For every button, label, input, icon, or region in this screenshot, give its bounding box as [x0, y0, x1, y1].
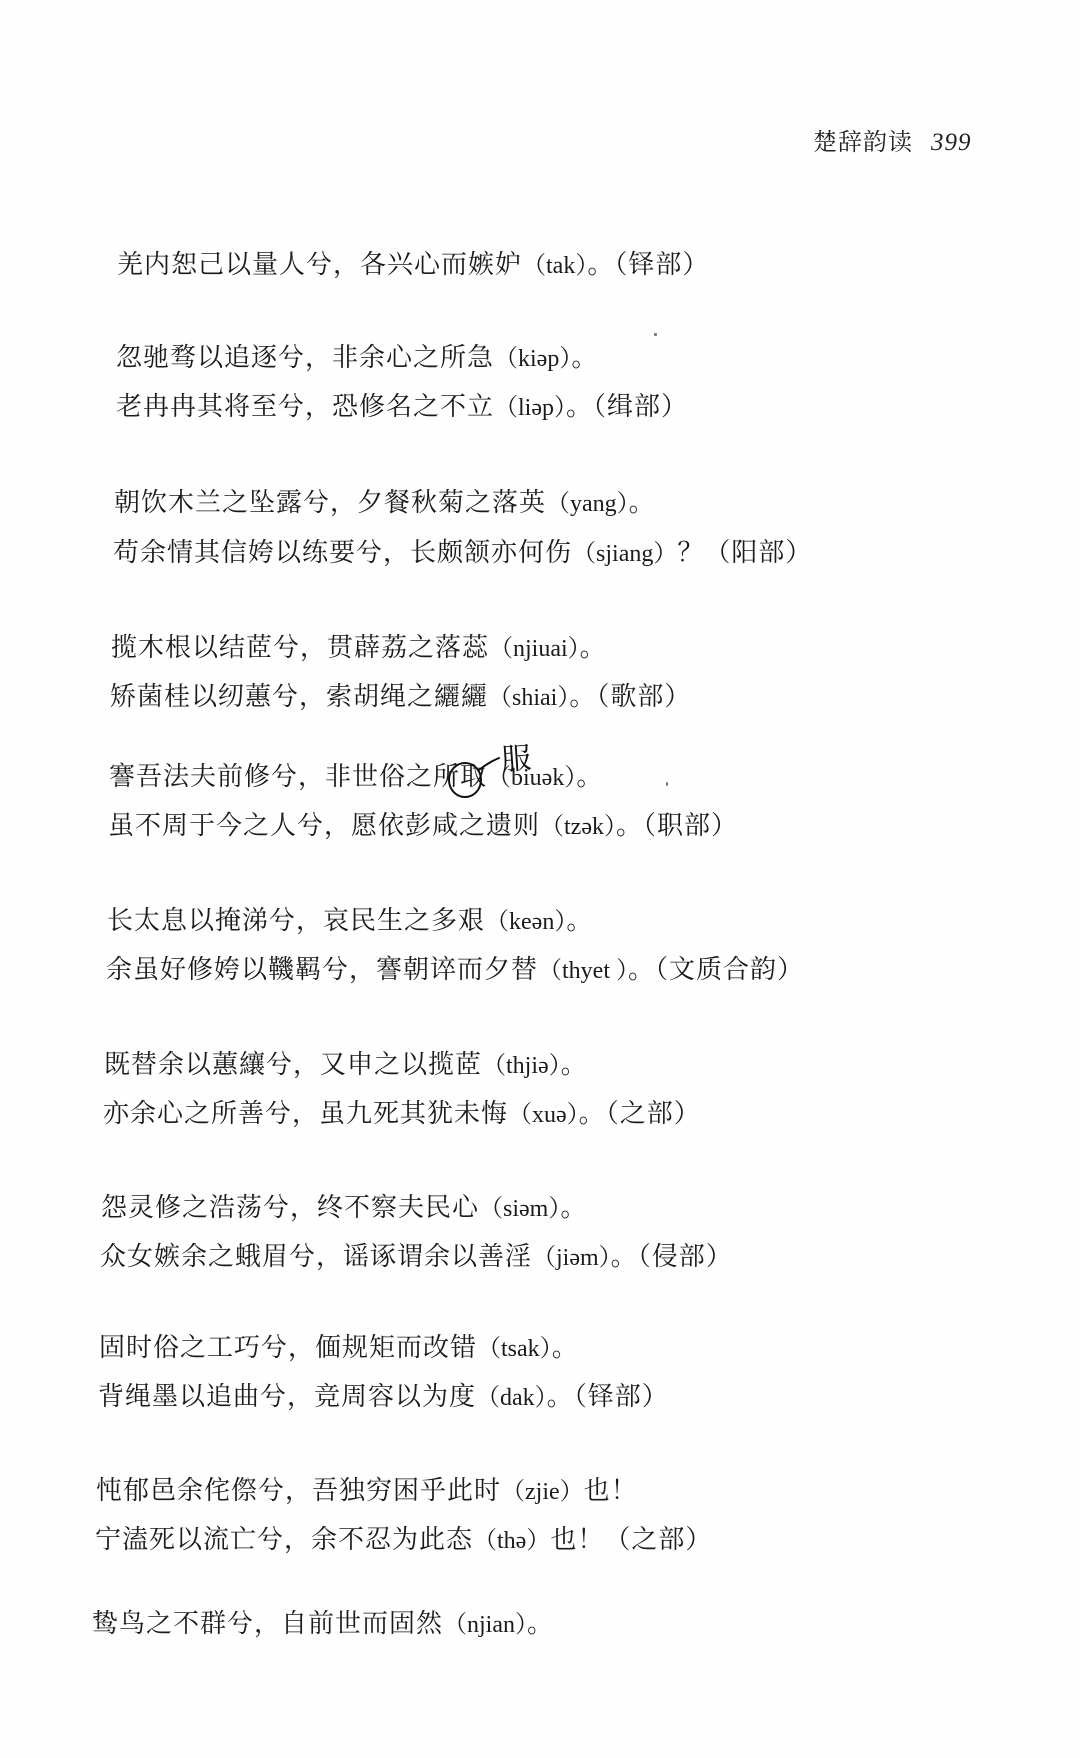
verse-text: 亦余心之所善兮，虽九死其犹未悔: [103, 1099, 508, 1129]
verse-text: 朝饮木兰之坠露兮，夕餐秋菊之落英: [114, 488, 546, 518]
line-end-punct: 。: [527, 1609, 554, 1639]
verse-line: 羌内恕己以量人兮，各兴心而嫉妒（tak）。（铎部）: [117, 249, 709, 282]
scan-speck: [666, 782, 668, 786]
rhyme-reading: （tak）: [522, 253, 587, 279]
rhyme-group: （侵部）: [638, 1242, 733, 1272]
verse-line: 虽不周于今之人兮，愿依彭咸之遗则（tzək）。（职部）: [108, 810, 738, 843]
line-end-punct: 。: [579, 1099, 606, 1129]
line-end-punct: ？: [677, 538, 704, 568]
rhyme-group: （铎部）: [574, 1382, 669, 1412]
rhyme-reading: （yang）: [546, 491, 629, 517]
line-end-punct: 。: [560, 1193, 587, 1223]
rhyme-reading: （njian）: [443, 1612, 527, 1638]
scan-speck: [654, 333, 657, 336]
verse-line: 固时俗之工巧兮，偭规矩而改错（tsak）。: [99, 1332, 579, 1365]
line-end-punct: 。: [561, 1050, 588, 1080]
rhyme-group: （阳部）: [704, 538, 812, 568]
rhyme-reading: （dak）: [476, 1385, 547, 1411]
rhyme-group: （缉部）: [593, 392, 688, 422]
rhyme-reading: （thyet ）: [538, 958, 628, 984]
rhyme-reading: （tzək）: [540, 814, 616, 840]
verse-text: 鸷鸟之不群兮，自前世而固然: [92, 1609, 443, 1639]
page-number: 399: [931, 129, 972, 156]
verse-line: 苟余情其信姱以练要兮，长颇颔亦何伤（sjiang）？（阳部）: [113, 537, 812, 570]
rhyme-reading: （shiai）: [488, 685, 569, 711]
rhyme-group: （歌部）: [596, 682, 691, 712]
line-end-punct: 。: [566, 906, 593, 936]
rhyme-group: （铎部）: [614, 250, 709, 280]
rhyme-reading: （njiuai）: [489, 636, 580, 662]
rhyme-reading: （kiəp）: [494, 346, 571, 372]
verse-text: 众女嫉余之蛾眉兮，谣诼谓余以善淫: [100, 1242, 532, 1272]
line-end-punct: 也！: [550, 1525, 604, 1555]
verse-line: 亦余心之所善兮，虽九死其犹未悔（xuə）。（之部）: [103, 1098, 701, 1131]
line-end-punct: 。: [587, 250, 614, 280]
verse-line: 长太息以掩涕兮，哀民生之多艰（keən）。: [107, 905, 593, 938]
verse-text: 羌内恕己以量人兮，各兴心而嫉妒: [117, 250, 522, 280]
verse-text: 长太息以掩涕兮，哀民生之多艰: [107, 906, 485, 936]
rhyme-group: （职部）: [643, 811, 738, 841]
line-end-punct: 也！: [584, 1476, 638, 1506]
line-end-punct: 。: [580, 633, 607, 663]
verse-line: 忳郁邑余侘傺兮，吾独穷困乎此时（zjie）也！: [96, 1475, 638, 1508]
verse-text: 忽驰骛以追逐兮，非余心之所急: [116, 343, 494, 373]
rhyme-reading: （keən）: [485, 909, 566, 935]
verse-text: 余虽好修姱以鞿羁兮，謇朝谇而夕替: [106, 955, 538, 985]
verse-text: 固时俗之工巧兮，偭规矩而改错: [99, 1333, 477, 1363]
verse-text: 謇吾法夫前修兮，非世俗之所取: [109, 762, 487, 792]
rhyme-reading: （thjiə）: [482, 1053, 561, 1079]
rhyme-group: （之部）: [606, 1099, 701, 1129]
line-end-punct: 。: [611, 1242, 638, 1272]
line-end-punct: 。: [571, 343, 598, 373]
verse-text: 忳郁邑余侘傺兮，吾独穷困乎此时: [96, 1476, 501, 1506]
line-end-punct: 。: [629, 488, 656, 518]
rhyme-group: （之部）: [604, 1525, 712, 1555]
verse-line: 矫菌桂以纫蕙兮，索胡绳之纚纚（shiai）。（歌部）: [110, 681, 691, 714]
verse-line: 既替余以蕙纕兮，又申之以揽茝（thjiə）。: [104, 1049, 588, 1082]
verse-text: 揽木根以结茝兮，贯薜荔之落蕊: [111, 633, 489, 663]
verse-line: 老冉冉其将至兮，恐修名之不立（liəp）。（缉部）: [116, 391, 688, 424]
rhyme-reading: （thə）: [473, 1528, 550, 1554]
verse-text: 矫菌桂以纫蕙兮，索胡绳之纚纚: [110, 682, 488, 712]
line-end-punct: 。: [569, 682, 596, 712]
rhyme-reading: （biuək）: [487, 765, 576, 791]
verse-line: 謇吾法夫前修兮，非世俗之所取（biuək）。: [109, 761, 603, 794]
rhyme-reading: （tsak）: [477, 1336, 552, 1362]
line-end-punct: 。: [552, 1333, 579, 1363]
rhyme-reading: （xuə）: [508, 1102, 579, 1128]
verse-text: 背绳墨以追曲兮，竞周容以为度: [98, 1382, 476, 1412]
running-head: 楚辞韵读399: [813, 122, 972, 157]
verse-text: 苟余情其信姱以练要兮，长颇颔亦何伤: [113, 538, 572, 568]
line-end-punct: 。: [547, 1382, 574, 1412]
line-end-punct: 。: [628, 955, 655, 985]
verse-line: 鸷鸟之不群兮，自前世而固然（njian）。: [92, 1608, 554, 1641]
rhyme-reading: （liəp）: [494, 395, 566, 421]
verse-line: 怨灵修之浩荡兮，终不察夫民心（siəm）。: [101, 1192, 587, 1225]
verse-line: 背绳墨以追曲兮，竞周容以为度（dak）。（铎部）: [98, 1381, 669, 1414]
rhyme-reading: （zjie）: [501, 1479, 584, 1505]
rhyme-reading: （jiəm）: [532, 1245, 611, 1271]
verse-text: 怨灵修之浩荡兮，终不察夫民心: [101, 1193, 479, 1223]
line-end-punct: 。: [576, 762, 603, 792]
verse-line: 忽驰骛以追逐兮，非余心之所急（kiəp）。: [116, 342, 598, 375]
verse-line: 余虽好修姱以鞿羁兮，謇朝谇而夕替（thyet ）。（文质合韵）: [106, 954, 804, 987]
book-page: 楚辞韵读399 羌内恕己以量人兮，各兴心而嫉妒（tak）。（铎部） 忽驰骛以追逐…: [0, 0, 1080, 1758]
verse-line: 众女嫉余之蛾眉兮，谣诼谓余以善淫（jiəm）。（侵部）: [100, 1241, 733, 1274]
rhyme-reading: （siəm）: [479, 1196, 560, 1222]
verse-text: 既替余以蕙纕兮，又申之以揽茝: [104, 1050, 482, 1080]
rhyme-group: （文质合韵）: [655, 955, 804, 985]
rhyme-reading: （sjiang）: [572, 541, 677, 567]
running-head-title: 楚辞韵读: [813, 128, 913, 156]
line-end-punct: 。: [616, 811, 643, 841]
verse-line: 揽木根以结茝兮，贯薜荔之落蕊（njiuai）。: [111, 632, 607, 665]
verse-text: 虽不周于今之人兮，愿依彭咸之遗则: [108, 811, 540, 841]
verse-line: 宁溘死以流亡兮，余不忍为此态（thə）也！（之部）: [95, 1524, 712, 1557]
line-end-punct: 。: [566, 392, 593, 422]
verse-text: 老冉冉其将至兮，恐修名之不立: [116, 392, 494, 422]
verse-text: 宁溘死以流亡兮，余不忍为此态: [95, 1525, 473, 1555]
verse-line: 朝饮木兰之坠露兮，夕餐秋菊之落英（yang）。: [114, 487, 656, 520]
